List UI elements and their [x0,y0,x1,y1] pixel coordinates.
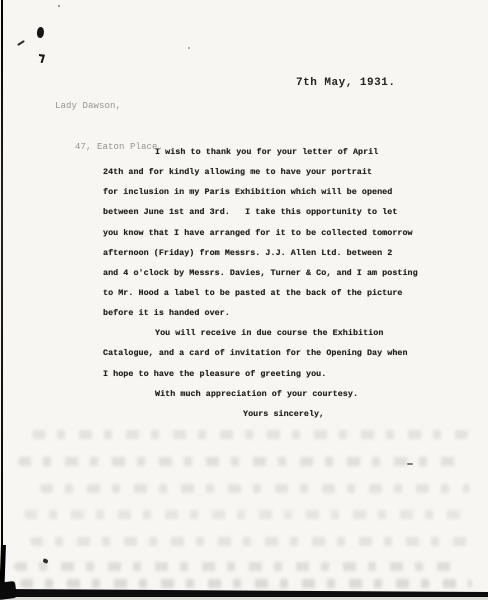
letter-line: before it is handed over. [103,303,463,323]
ink-tick-mark [17,40,25,46]
ink-stroke-mark [39,54,45,63]
letter-page: Lady Dawson, 47, Eaton Place. 7th May, 1… [0,0,488,600]
letter-closing: Yours sincerely, [103,404,463,424]
letter-line: You will receive in due course the Exhib… [103,323,463,343]
recipient-name: Lady Dawson, [55,100,163,114]
letter-line: I hope to have the pleasure of greeting … [103,364,463,384]
bleedthrough-row [24,510,466,519]
bleedthrough-row [32,430,468,439]
ink-speck [58,5,60,7]
letter-line: With much appreciation of your courtesy. [103,384,463,404]
letter-line: for inclusion in my Paris Exhibition whi… [103,182,463,202]
letter-line: between June 1st and 3rd. I take this op… [103,202,463,222]
letter-body: I wish to thank you for your letter of A… [103,142,463,424]
bleedthrough-row [18,457,462,466]
bleedthrough-row [14,562,462,571]
bleedthrough-row [20,579,472,588]
letter-line: you know that I have arranged for it to … [103,223,463,243]
bleedthrough-row [40,484,470,493]
scan-edge-left [1,0,3,600]
letter-line: to Mr. Hood a label to be pasted at the … [103,283,463,303]
ink-speck [188,47,190,49]
letter-line: afternoon (Friday) from Messrs. J.J. All… [103,243,463,263]
bleedthrough-row [30,537,470,546]
scan-corner-mark [0,581,17,600]
letter-line: Catalogue, and a card of invitation for … [103,343,463,363]
ink-speck [42,558,48,564]
letter-line: 24th and for kindly allowing me to have … [103,162,463,182]
letter-line: and 4 o'clock by Messrs. Davies, Turner … [103,263,463,283]
letter-line: I wish to thank you for your letter of A… [103,142,463,162]
letter-date: 7th May, 1931. [296,77,395,89]
ink-speck [407,463,413,465]
ink-blot-mark [36,27,45,39]
